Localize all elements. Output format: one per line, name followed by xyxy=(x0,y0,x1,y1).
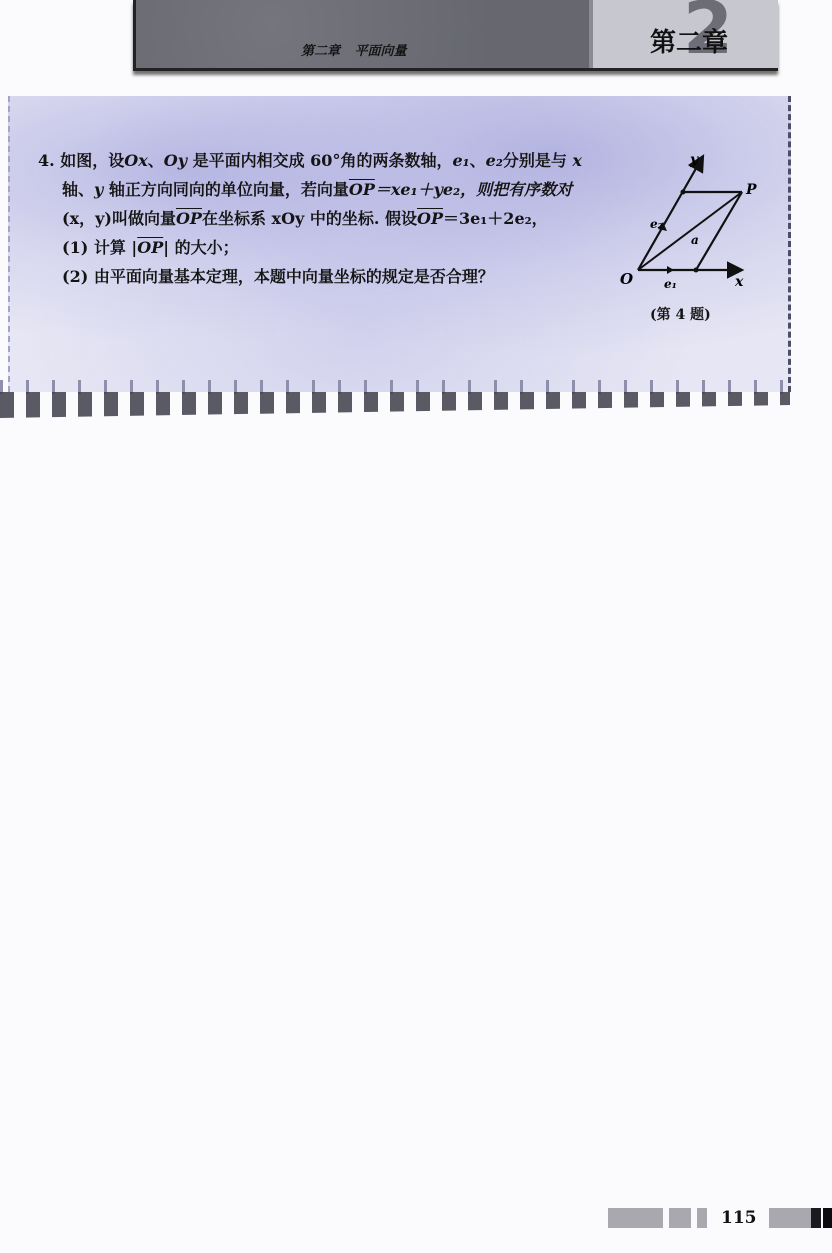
page-footer: 115 xyxy=(608,1206,832,1230)
chapter-label: 第二章 xyxy=(650,30,728,56)
label-y: y xyxy=(689,152,699,168)
text: 如图，设 xyxy=(60,151,124,170)
parallelogram-right xyxy=(696,192,742,270)
chapter-subtitle: 第二章 平面向量 xyxy=(301,40,407,59)
banner-left-panel: 第二章 平面向量 xyxy=(136,0,589,68)
footer-bar-decoration xyxy=(608,1208,663,1228)
footer-bar-decoration xyxy=(823,1208,832,1228)
text: 轴、 xyxy=(62,180,94,199)
footer-bar-decoration xyxy=(811,1208,821,1228)
exercise-box: 4. 如图，设Ox、Oy 是平面内相交成 60°角的两条数轴，e₁、e₂分别是与… xyxy=(8,96,791,392)
math-e2: e₂ xyxy=(486,151,503,170)
math-y: y xyxy=(94,180,103,199)
text: 、 xyxy=(148,151,164,170)
exercise-number: 4. xyxy=(38,151,55,170)
exercise-line-3: (x，y)叫做向量OP在坐标系 xOy 中的坐标. 假设OP＝3e₁＋2e₂， xyxy=(38,204,618,233)
exercise-4-text: 4. 如图，设Ox、Oy 是平面内相交成 60°角的两条数轴，e₁、e₂分别是与… xyxy=(38,146,618,291)
page-number: 115 xyxy=(721,1208,757,1228)
tick-point xyxy=(694,268,699,273)
label-a: a xyxy=(691,233,699,247)
text: 轴正方向同向的单位向量，若向量 xyxy=(103,180,349,199)
text: ＝xe₁＋ye₂，则把有序数对 xyxy=(375,180,572,199)
y-axis xyxy=(638,158,702,270)
sub-question-2: (2) 由平面向量基本定理，本题中向量坐标的规定是否合理？ xyxy=(38,262,618,291)
vector-op: OP xyxy=(417,209,443,228)
footer-bar-decoration xyxy=(669,1208,691,1228)
label-e2: e₂ xyxy=(650,217,663,231)
label-origin: O xyxy=(620,270,633,288)
text: 、 xyxy=(470,151,486,170)
math-oy: Oy xyxy=(164,151,187,170)
text: ＝3e₁＋2e₂， xyxy=(443,209,548,228)
exercise-line-2: 轴、y 轴正方向同向的单位向量，若向量OP＝xe₁＋ye₂，则把有序数对 xyxy=(38,175,618,204)
vector-a-op xyxy=(638,192,742,270)
label-x: x xyxy=(734,274,744,290)
math-e1: e₁ xyxy=(452,151,469,170)
label-e1: e₁ xyxy=(664,277,677,291)
text: 是平面内相交成 60°角的两条数轴， xyxy=(187,151,452,170)
perforation-strip xyxy=(0,392,790,418)
perforation-ticks xyxy=(0,380,790,394)
exercise-line-1: 4. 如图，设Ox、Oy 是平面内相交成 60°角的两条数轴，e₁、e₂分别是与… xyxy=(38,146,618,175)
text: 分别是与 xyxy=(503,151,573,170)
text: | 的大小； xyxy=(163,238,238,257)
vector-op: OP xyxy=(137,238,163,257)
figure-caption: (第 4 题) xyxy=(650,304,711,324)
chapter-header-banner: 第二章 平面向量 2 第二章 xyxy=(133,0,778,71)
banner-right-panel: 2 第二章 xyxy=(589,0,778,68)
oblique-axes-figure: O x y P e₁ e₂ a xyxy=(610,144,780,324)
text: (1) 计算 | xyxy=(62,238,137,257)
tick-point xyxy=(681,190,686,195)
math-ox: Ox xyxy=(124,151,147,170)
math-x: x xyxy=(572,151,582,170)
footer-bar-decoration xyxy=(697,1208,707,1228)
e1-arrow-icon xyxy=(667,266,674,274)
text: 在坐标系 xOy 中的坐标. 假设 xyxy=(202,209,417,228)
text: (x，y)叫做向量 xyxy=(62,209,176,228)
label-p: P xyxy=(745,182,757,198)
footer-bar-decoration xyxy=(769,1208,811,1228)
vector-op: OP xyxy=(176,209,202,228)
sub-question-1: (1) 计算 |OP| 的大小； xyxy=(38,233,618,262)
vector-op: OP xyxy=(349,180,375,199)
